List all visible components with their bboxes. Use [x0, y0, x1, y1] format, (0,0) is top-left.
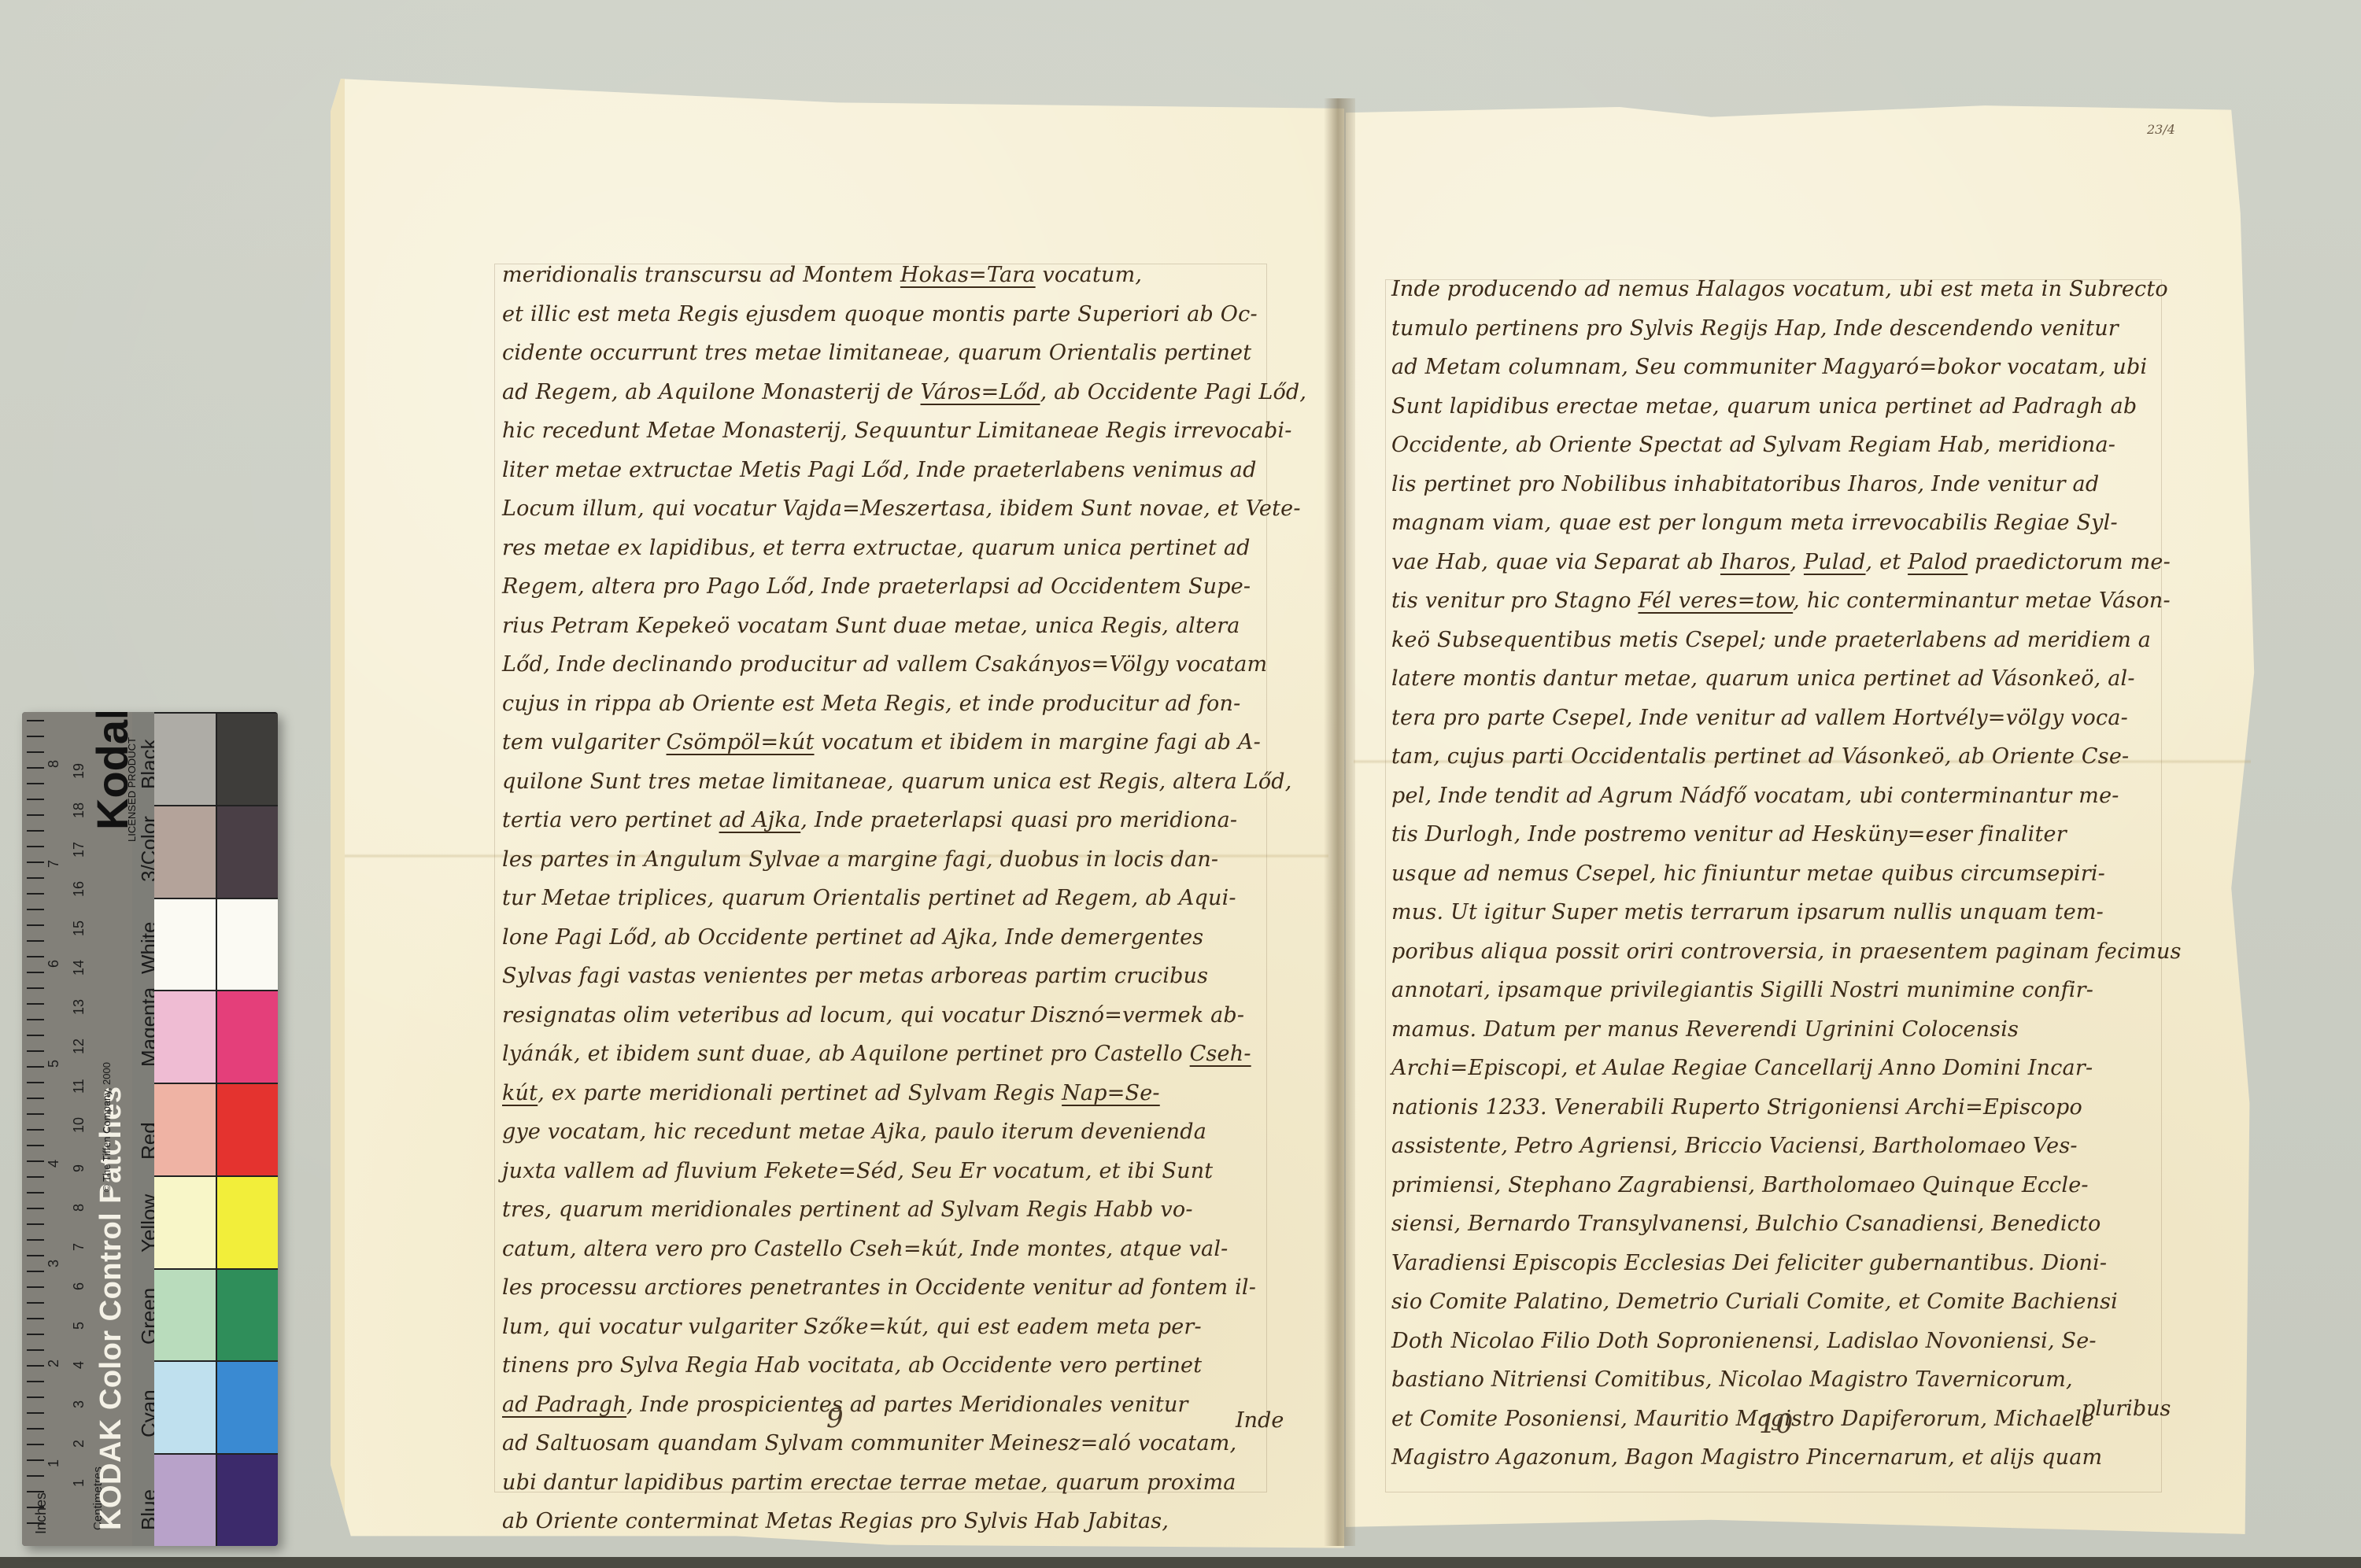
- manuscript-line: ad Saltuosam quandam Sylvam communiter M…: [502, 1424, 1306, 1463]
- book-gutter: [1324, 98, 1355, 1546]
- manuscript-line: gye vocatam, hic recedunt metae Ajka, pa…: [502, 1112, 1306, 1152]
- manuscript-line: pel, Inde tendit ad Agrum Nádfő vocatam,…: [1391, 777, 2182, 816]
- patch-light: [154, 1084, 216, 1175]
- patch-dark: [216, 1270, 279, 1361]
- manuscript-line: lone Pagi Lőd, ab Occidente pertinet ad …: [502, 918, 1306, 957]
- page-number-right: 10: [1759, 1408, 1793, 1440]
- manuscript-spread: meridionalis transcursu ad Montem Hokas=…: [331, 67, 2259, 1554]
- manuscript-line: les partes in Angulum Sylvae a margine f…: [502, 840, 1306, 880]
- manuscript-line: et illic est meta Regis ejusdem quoque m…: [502, 295, 1306, 334]
- catchword-right: pluribus: [2082, 1396, 2171, 1421]
- manuscript-line: tam, cujus parti Occidentalis pertinet a…: [1391, 737, 2182, 777]
- inch-tick-label: 8: [46, 760, 62, 768]
- cm-tick-label: 13: [71, 999, 87, 1015]
- manuscript-line: Sylvas fagi vastas venientes per metas a…: [502, 957, 1306, 996]
- cm-tick-label: 3: [71, 1400, 87, 1408]
- manuscript-line: liter metae extructae Metis Pagi Lőd, In…: [502, 451, 1306, 490]
- manuscript-line: lis pertinet pro Nobilibus inhabitatorib…: [1391, 465, 2182, 504]
- manuscript-line: meridionalis transcursu ad Montem Hokas=…: [502, 256, 1306, 295]
- manuscript-line: sio Comite Palatino, Demetrio Curiali Co…: [1391, 1282, 2182, 1322]
- cm-tick-label: 6: [71, 1282, 87, 1290]
- manuscript-line: catum, altera vero pro Castello Cseh=kút…: [502, 1230, 1306, 1269]
- manuscript-line: Magistro Agazonum, Bagon Magistro Pincer…: [1391, 1438, 2182, 1478]
- manuscript-line: tertia vero pertinet ad Ajka, Inde praet…: [502, 801, 1306, 840]
- patch-light: [154, 1177, 216, 1268]
- cm-tick-label: 7: [71, 1243, 87, 1251]
- patch-light: [154, 1455, 216, 1546]
- ruler-ticks: [27, 720, 66, 1538]
- manuscript-line: cujus in rippa ab Oriente est Meta Regis…: [502, 684, 1306, 724]
- cm-tick-label: 16: [71, 881, 87, 897]
- patch-light: [154, 1270, 216, 1361]
- manuscript-line: assistente, Petro Agriensi, Briccio Vaci…: [1391, 1127, 2182, 1166]
- cm-tick-label: 11: [71, 1079, 87, 1094]
- manuscript-line: Locum illum, qui vocatur Vajda=Meszertas…: [502, 489, 1306, 529]
- inch-tick-label: 3: [46, 1260, 62, 1267]
- manuscript-line: ad Regem, ab Aquilone Monasterij de Váro…: [502, 373, 1306, 412]
- color-patch-magenta: [154, 990, 278, 1083]
- manuscript-line: tres, quarum meridionales pertinent ad S…: [502, 1190, 1306, 1230]
- color-patch-cyan: [154, 1360, 278, 1453]
- manuscript-line: Doth Nicolao Filio Doth Sopronienensi, L…: [1391, 1322, 2182, 1361]
- patch-dark: [216, 1177, 279, 1268]
- manuscript-line: siensi, Bernardo Transylvanensi, Bulchio…: [1391, 1205, 2182, 1244]
- color-patch-yellow: [154, 1175, 278, 1268]
- manuscript-line: nationis 1233. Venerabili Ruperto Strigo…: [1391, 1088, 2182, 1127]
- color-patches: [154, 712, 278, 1546]
- manuscript-line: res metae ex lapidibus, et terra extruct…: [502, 529, 1306, 568]
- cm-tick-label: 12: [71, 1039, 87, 1054]
- manuscript-line: lum, qui vocatur vulgariter Szőke=kút, q…: [502, 1308, 1306, 1347]
- cm-tick-label: 15: [71, 921, 87, 936]
- cm-tick-label: 17: [71, 842, 87, 858]
- color-patch-black: [154, 712, 278, 805]
- manuscript-line: latere montis dantur metae, quarum unica…: [1391, 659, 2182, 699]
- cm-tick-label: 18: [71, 802, 87, 818]
- manuscript-line: primiensi, Stephano Zagrabiensi, Barthol…: [1391, 1166, 2182, 1205]
- manuscript-line: Regem, altera pro Pago Lőd, Inde praeter…: [502, 567, 1306, 607]
- manuscript-line: tinens pro Sylva Regia Hab vocitata, ab …: [502, 1346, 1306, 1385]
- manuscript-line: bastiano Nitriensi Comitibus, Nicolao Ma…: [1391, 1360, 2182, 1400]
- patch-light: [154, 806, 216, 898]
- patch-dark: [216, 806, 279, 898]
- manuscript-line: hic recedunt Metae Monasterij, Sequuntur…: [502, 411, 1306, 451]
- manuscript-line: annotari, ipsamque privilegiantis Sigill…: [1391, 971, 2182, 1010]
- patch-dark: [216, 899, 279, 991]
- manuscript-line: ab Oriente conterminat Metas Regias pro …: [502, 1502, 1306, 1541]
- card-copyright: © The Tiffen Company, 2000: [101, 1062, 113, 1192]
- manuscript-line: usque ad nemus Csepel, hic finiuntur met…: [1391, 854, 2182, 894]
- patch-light: [154, 991, 216, 1083]
- manuscript-line: Sunt lapidibus erectae metae, quarum uni…: [1391, 387, 2182, 426]
- patch-light: [154, 714, 216, 805]
- cm-tick-label: 8: [71, 1204, 87, 1212]
- patch-light: [154, 1362, 216, 1453]
- manuscript-line: Inde producendo ad nemus Halagos vocatum…: [1391, 270, 2182, 309]
- manuscript-line: ad Padragh, Inde prospicientes ad partes…: [502, 1385, 1306, 1425]
- manuscript-line: tis Durlogh, Inde postremo venitur ad He…: [1391, 815, 2182, 854]
- manuscript-line: resignatas olim veteribus ad locum, qui …: [502, 996, 1306, 1035]
- folio-mark: 23/4: [2147, 122, 2175, 137]
- cm-tick-label: 19: [71, 763, 87, 779]
- color-patch-green: [154, 1268, 278, 1361]
- cm-tick-label: 4: [71, 1361, 87, 1369]
- patch-dark: [216, 714, 279, 805]
- manuscript-line: Lőd, Inde declinando producitur ad valle…: [502, 645, 1306, 684]
- manuscript-line: lyánák, et ibidem sunt duae, ab Aquilone…: [502, 1035, 1306, 1074]
- color-patch-white: [154, 898, 278, 991]
- color-patch-red: [154, 1083, 278, 1175]
- manuscript-line: mus. Ut igitur Super metis terrarum ipsa…: [1391, 893, 2182, 932]
- manuscript-line: rius Petram Kepekeö vocatam Sunt duae me…: [502, 607, 1306, 646]
- manuscript-line: mamus. Datum per manus Reverendi Ugrinin…: [1391, 1010, 2182, 1050]
- manuscript-line: keö Subsequentibus metis Csepel; unde pr…: [1391, 621, 2182, 660]
- patch-dark: [216, 1455, 279, 1546]
- patch-dark: [216, 1084, 279, 1175]
- cm-tick-label: 2: [71, 1440, 87, 1448]
- cm-tick-label: 9: [71, 1164, 87, 1172]
- left-page-text: meridionalis transcursu ad Montem Hokas=…: [502, 256, 1306, 1541]
- cm-tick-label: 1: [71, 1479, 87, 1487]
- manuscript-line: tis venitur pro Stagno Fél veres=tow, hi…: [1391, 581, 2182, 621]
- manuscript-line: tur Metae triplices, quarum Orientalis p…: [502, 879, 1306, 918]
- manuscript-line: Occidente, ab Oriente Spectat ad Sylvam …: [1391, 426, 2182, 465]
- cm-tick-label: 5: [71, 1322, 87, 1330]
- inch-tick-label: 2: [46, 1360, 62, 1367]
- manuscript-line: Varadiensi Episcopis Ecclesias Dei felic…: [1391, 1244, 2182, 1283]
- manuscript-line: tera pro parte Csepel, Inde venitur ad v…: [1391, 699, 2182, 738]
- color-patch-3-color: [154, 805, 278, 898]
- manuscript-line: magnam viam, quae est per longum meta ir…: [1391, 504, 2182, 543]
- manuscript-line: tumulo pertinens pro Sylvis Regijs Hap, …: [1391, 309, 2182, 349]
- manuscript-line: les processu arctiores penetrantes in Oc…: [502, 1268, 1306, 1308]
- manuscript-line: kút, ex parte meridionali pertinet ad Sy…: [502, 1074, 1306, 1113]
- catchword-left: Inde: [1236, 1408, 1284, 1433]
- scanner-edge: [0, 1557, 2361, 1568]
- right-page-text: Inde producendo ad nemus Halagos vocatum…: [1391, 270, 2182, 1478]
- patch-dark: [216, 991, 279, 1083]
- patch-light: [154, 899, 216, 991]
- manuscript-line: poribus aliqua possit oriri controversia…: [1391, 932, 2182, 972]
- manuscript-line: Archi=Episcopi, et Aulae Regiae Cancella…: [1391, 1049, 2182, 1088]
- ruler-inches-label: Inches: [33, 1492, 50, 1534]
- inch-tick-label: 6: [46, 960, 62, 968]
- cm-tick-label: 14: [71, 960, 87, 976]
- inch-tick-label: 7: [46, 860, 62, 868]
- inch-tick-label: 5: [46, 1060, 62, 1068]
- manuscript-line: ubi dantur lapidibus partim erectae terr…: [502, 1463, 1306, 1503]
- inch-tick-label: 1: [46, 1459, 62, 1467]
- manuscript-line: juxta vallem ad fluvium Fekete=Séd, Seu …: [502, 1152, 1306, 1191]
- patch-dark: [216, 1362, 279, 1453]
- manuscript-line: vae Hab, quae via Separat ab Iharos, Pul…: [1391, 543, 2182, 582]
- cm-tick-label: 10: [71, 1117, 87, 1133]
- manuscript-line: ad Metam columnam, Seu communiter Magyar…: [1391, 348, 2182, 387]
- page-number-left: 9: [826, 1403, 844, 1434]
- manuscript-line: quilone Sunt tres metae limitaneae, quar…: [502, 762, 1306, 802]
- color-patch-blue: [154, 1453, 278, 1546]
- manuscript-line: cidente occurrunt tres metae limitaneae,…: [502, 334, 1306, 373]
- kodak-color-card: Inches Centimetres 123456789101112131415…: [22, 712, 278, 1546]
- manuscript-line: tem vulgariter Csömpöl=kút vocatum et ib…: [502, 723, 1306, 762]
- inch-tick-label: 4: [46, 1160, 62, 1168]
